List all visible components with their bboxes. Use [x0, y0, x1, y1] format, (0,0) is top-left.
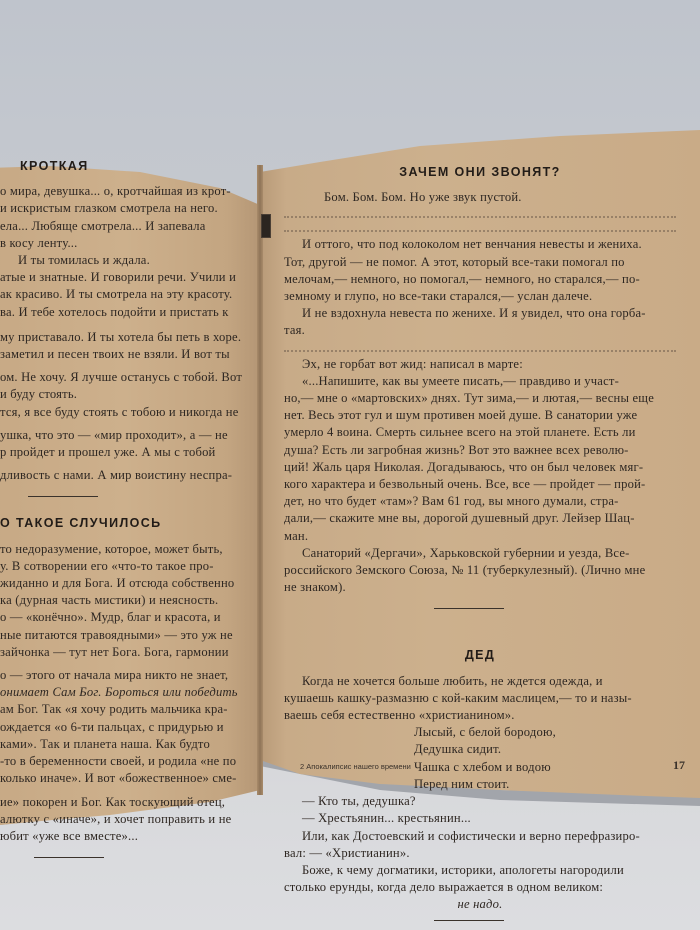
text-line: российского Земского Союза, № 11 (туберк… — [284, 562, 676, 579]
text-line: Эх, не горбат вот жид: написал в марте: — [284, 356, 676, 373]
verse-line: Дедушка сидит. — [284, 741, 676, 758]
text-line: жиданно и для Бога. И отсюда собственно — [0, 575, 252, 592]
text-line: столько ерунды, когда дело выражается в … — [284, 879, 676, 896]
text-line: заметил и песен твоих не взяли. И вот ты — [0, 346, 252, 363]
text-line: тся, я все буду стоять с тобою и никогда… — [0, 404, 252, 421]
text-line: -то в беременности своей, и родила «не п… — [0, 753, 252, 770]
text-line: зайчонка — тут нет Бога. Бога, гармонии — [0, 644, 252, 661]
text-line: умерло 4 воина. Смерть сильнее всего на … — [284, 424, 676, 441]
bookmark-tab — [261, 214, 271, 238]
left-page-text: КРОТКАЯ о мира, девушка... о, кротчайшая… — [0, 158, 252, 870]
text-line: И оттого, что под колоколом нет венчания… — [284, 236, 676, 253]
text-line: дливость с нами. А мир воистину неспра- — [0, 467, 252, 484]
text-line: р пройдет и прошел уже. А мы с тобой — [0, 444, 252, 461]
section-title-ded: ДЕД — [284, 647, 676, 664]
text-line: дали,— скажите мне вы, дорогой душевный … — [284, 510, 676, 527]
text-line: И не вздохнула невеста по женихе. И я ув… — [284, 305, 676, 322]
section-divider — [34, 857, 104, 858]
text-line: ва. И тебе хотелось подойти и пристать к — [0, 304, 252, 321]
text-line: ками». Так и планета наша. Как будто — [0, 736, 252, 753]
text-line: алютку с «иначе», и хочет поправить и не — [0, 811, 252, 828]
text-line: в косу ленту... — [0, 235, 252, 252]
text-line: кушаешь кашку-размазню с кой-каким масли… — [284, 690, 676, 707]
text-line: колько иначе». И вот «божественное» сме- — [0, 770, 252, 787]
dotted-ellipsis-row — [284, 208, 676, 218]
text-line: атые и знатные. И говорили речи. Учили и — [0, 269, 252, 286]
section-title-zachem-oni-zvonyat: ЗАЧЕМ ОНИ ЗВОНЯТ? — [284, 164, 676, 181]
book-gutter — [257, 165, 263, 795]
section-title-krotkaya: КРОТКАЯ — [0, 158, 252, 175]
text-line: не знаком). — [284, 579, 676, 596]
page-number: 17 — [673, 758, 685, 773]
text-line: юбит «уже все вместе»... — [0, 828, 252, 845]
text-line: му приставало. И ты хотела бы петь в хор… — [0, 329, 252, 346]
dialogue-line: — Кто ты, дедушка? — [284, 793, 676, 810]
text-line: то недоразумение, которое, может быть, — [0, 541, 252, 558]
section-divider — [434, 608, 504, 609]
final-words: не надо. — [284, 896, 676, 913]
printer-signature: 2 Апокалипсис нашего времени — [300, 762, 411, 771]
text-line: ак красиво. И ты смотрела на эту красоту… — [0, 286, 252, 303]
text-line: ка (дурная часть мистики) и неясность. — [0, 592, 252, 609]
text-line: о — «конёчно». Мудр, благ и красота, и — [0, 609, 252, 626]
verse-line: Перед ним стоит. — [284, 776, 676, 793]
text-line: онимает Сам Бог. Бороться или победить — [0, 684, 252, 701]
dotted-ellipsis-row — [284, 222, 676, 232]
text-line: душа? Есть ли загробная жизнь? Вот это в… — [284, 442, 676, 459]
text-line: ман. — [284, 528, 676, 545]
text-line: ие» покорен и Бог. Как тоскующий отец, — [0, 794, 252, 811]
text-line: нет. Весь этот гул и шум противен моей д… — [284, 407, 676, 424]
text-line: мелочам,— немного, но помогал,— немного,… — [284, 271, 676, 288]
text-line: дет, но что будет «там»? Вам 61 год, вы … — [284, 493, 676, 510]
text-line: «...Напишите, как вы умеете писать,— пра… — [284, 373, 676, 390]
section-divider — [28, 496, 98, 497]
text-line: ушка, что это — «мир проходит», а — не — [0, 427, 252, 444]
photo-scene: КРОТКАЯ о мира, девушка... о, кротчайшая… — [0, 0, 700, 930]
text-line: о мира, девушка... о, кротчайшая из крот… — [0, 183, 252, 200]
text-line: Санаторий «Дергачи», Харьковской губерни… — [284, 545, 676, 562]
text-line: ваешь себя естественно «христианином». — [284, 707, 676, 724]
text-line: Или, как Достоевский и софистически и ве… — [284, 828, 676, 845]
page-footer: 2 Апокалипсис нашего времени 17 — [300, 762, 695, 778]
right-page-text: ЗАЧЕМ ОНИ ЗВОНЯТ? Бом. Бом. Бом. Но уже … — [284, 160, 676, 930]
text-line: ные питаются травоядными» — это уж не — [0, 627, 252, 644]
dotted-ellipsis-row — [284, 342, 676, 352]
section-divider — [434, 920, 504, 921]
verse-line: Лысый, с белой бородою, — [284, 724, 676, 741]
text-line: но,— мне о «мартовских» днях. Тут зима,—… — [284, 390, 676, 407]
text-line: и буду стоять. — [0, 386, 252, 403]
text-line: Боже, к чему догматики, историки, аполог… — [284, 862, 676, 879]
text-line: тая. — [284, 322, 676, 339]
text-line: вал: — «Христианин». — [284, 845, 676, 862]
section-title-takoe-sluchilos: О ТАКОЕ СЛУЧИЛОСЬ — [0, 515, 252, 532]
dialogue-line: — Хрестьянин... крестьянин... — [284, 810, 676, 827]
text-line: Тот, другой — не помог. А этот, который … — [284, 254, 676, 271]
text-line: кого характера и безвольный очень. Все, … — [284, 476, 676, 493]
text-line: ождается «о 6-ти пальцах, с придурью и — [0, 719, 252, 736]
text-line: ела... Любяще смотрела... И запевала — [0, 218, 252, 235]
text-line: ам Бог. Так «я хочу родить мальчика кра- — [0, 701, 252, 718]
text-line: Когда не хочется больше любить, не ждетс… — [284, 673, 676, 690]
text-line: ом. Не хочу. Я лучше останусь с тобой. В… — [0, 369, 252, 386]
text-line: о — этого от начала мира никто не знает, — [0, 667, 252, 684]
text-line: Бом. Бом. Бом. Но уже звук пустой. — [284, 189, 676, 206]
text-line: ций! Жаль царя Николая. Догадываюсь, что… — [284, 459, 676, 476]
text-line: у. В сотворении его «что-то такое про- — [0, 558, 252, 575]
text-line: и искристым глазком смотрела на него. — [0, 200, 252, 217]
text-line: И ты томилась и ждала. — [0, 252, 252, 269]
text-line: земному и глупо, но все-таки старался,— … — [284, 288, 676, 305]
